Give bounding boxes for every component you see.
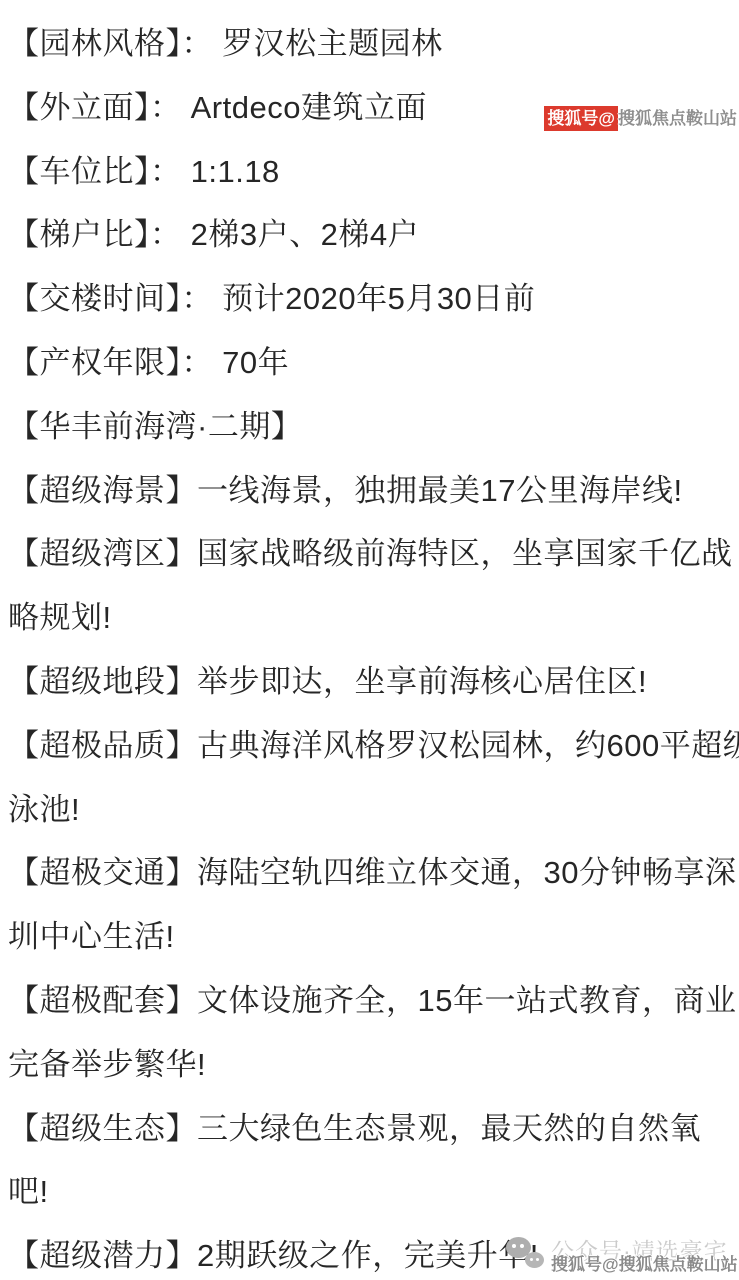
sohu-badge: 搜狐号@ — [544, 106, 618, 131]
text-line: 完备举步繁华! — [8, 1033, 739, 1097]
text-line: 【产权年限】： 70年 — [8, 331, 739, 395]
text-line: 【超级地段】举步即达，坐享前海核心居住区! — [8, 650, 739, 714]
text-line: 【超极交通】海陆空轨四维立体交通，30分钟畅享深 — [8, 841, 739, 905]
text-line: 圳中心生活! — [8, 905, 739, 969]
sohu-watermark-top: 搜狐号@搜狐焦点鞍山站 — [544, 106, 737, 132]
text-line: 吧! — [8, 1160, 739, 1224]
text-line: 【车位比】： 1:1.18 — [8, 140, 739, 204]
sohu-watermark-bottom: 搜狐号@搜狐焦点鞍山站 — [551, 1253, 738, 1277]
text-line: 【华丰前海湾·二期】 — [8, 395, 739, 459]
wechat-bubble-small — [525, 1252, 544, 1268]
text-line: 【园林风格】： 罗汉松主题园林 — [8, 12, 739, 76]
text-line: 【梯户比】： 2梯3户、2梯4户 — [8, 203, 739, 267]
text-line: 【超级生态】三大绿色生态景观，最天然的自然氧 — [8, 1097, 739, 1161]
wechat-icon — [506, 1236, 544, 1270]
sohu-watermark-top-label: 搜狐焦点鞍山站 — [618, 109, 737, 128]
text-line: 【超级湾区】国家战略级前海特区，坐享国家千亿战 — [8, 522, 739, 586]
text-line: 略规划! — [8, 586, 739, 650]
article-body: 【园林风格】： 罗汉松主题园林【外立面】： Artdeco建筑立面【车位比】： … — [8, 12, 739, 1280]
text-line: 【超级海景】一线海景，独拥最美17公里海岸线! — [8, 459, 739, 523]
text-line: 【超极配套】文体设施齐全，15年一站式教育，商业 — [8, 969, 739, 1033]
text-line: 泳池! — [8, 778, 739, 842]
text-line: 【超极品质】古典海洋风格罗汉松园林，约600平超级 — [8, 714, 739, 778]
text-line: 【交楼时间】： 预计2020年5月30日前 — [8, 267, 739, 331]
